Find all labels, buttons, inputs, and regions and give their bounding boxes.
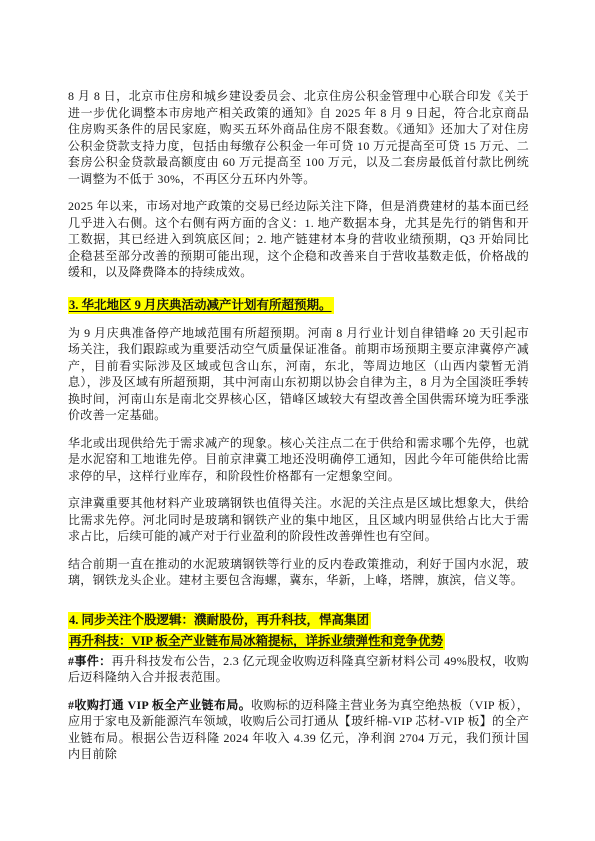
paragraph-beijing-housing-policy: 8 月 8 日，北京市住房和城乡建设委员会、北京住房公积金管理中心联合印发《关于… [68,88,529,187]
paragraph-lead-event: #事件： [68,654,112,668]
paragraph-supply-before-demand: 华北或出现供给先于需求减产的现象。核心关注点二在于供给和需求哪个先停，也就是水泥… [68,435,529,485]
section-heading-text: 3. 华北地区 9 月庆典活动减产计划有所超预期。 [68,297,334,314]
paragraph-text: 再升科技发布公告，2.3 亿元现金收购迈科隆真空新材料公司 49%股权，收购后迈… [68,654,529,685]
stock-heading-text: 再升科技：VIP 板全产业链布局冰箱提标，详拆业绩弹性和竞争优势 [68,633,445,650]
paragraph-acquisition-vip-chain: #收购打通 VIP 板全产业链布局。收购标的迈科隆主营业务为真空绝热板（VIP … [68,697,529,763]
paragraph-event-announcement: #事件：再升科技发布公告，2.3 亿元现金收购迈科隆真空新材料公司 49%股权，… [68,653,529,686]
paragraph-glass-steel-focus: 京津冀重要其他材料产业玻璃钢铁也值得关注。水泥的关注点是区域比想象大，供给比需求… [68,495,529,545]
document-page: 8 月 8 日，北京市住房和城乡建设委员会、北京住房公积金管理中心联合印发《关于… [0,0,595,841]
document-body: 8 月 8 日，北京市住房和城乡建设委员会、北京住房公积金管理中心联合印发《关于… [68,88,529,763]
paragraph-market-outlook: 2025 年以来，市场对地产政策的交易已经边际关注下降，但是消费建材的基本面已经… [68,198,529,281]
section-heading-text: 4. 同步关注个股逻辑：濮耐股份，再升科技，悍高集团 [68,612,371,629]
section-heading-north-china-production-cut: 3. 华北地区 9 月庆典活动减产计划有所超预期。 [68,296,529,314]
section-heading-stock-logic: 4. 同步关注个股逻辑：濮耐股份，再升科技，悍高集团 [68,611,529,629]
paragraph-lead-acquisition: #收购打通 VIP 板全产业链布局。 [68,698,251,712]
stock-heading-zaisheng-tech: 再升科技：VIP 板全产业链布局冰箱提标，详拆业绩弹性和竞争优势 [68,632,529,650]
paragraph-anti-involution-beneficiaries: 结合前期一直在推动的水泥玻璃钢铁等行业的反内卷政策推动，利好于国内水泥，玻璃，钢… [68,556,529,589]
paragraph-september-shutdown-scope: 为 9 月庆典准备停产地域范围有所超预期。河南 8 月行业计划自律错峰 20 天… [68,325,529,424]
